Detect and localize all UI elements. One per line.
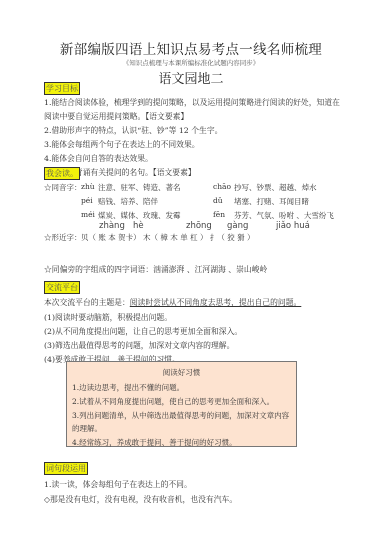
similar-pinyin: jiǎo huá	[276, 221, 310, 231]
goal-line: 阅读中要自觉运用提问策略。【语文要素】	[44, 111, 188, 122]
pinyin: dǔ	[213, 196, 223, 205]
four-char-words: ☆同偏旁的字组成的四字词语：汹涌澎湃 、江河湖海 、崇山峻岭	[44, 264, 267, 275]
habit-line: 的理解。	[72, 423, 102, 434]
pinyin: chāo	[213, 182, 231, 191]
pinyin: péi	[81, 196, 93, 205]
habit-line: 2.试着从不同角度提出问题，使自己的思考更加全面和深入。	[72, 396, 274, 407]
goal-line: 2.借助形声字的特点，认识“驻、钞”等 12 个生字。	[44, 125, 222, 136]
i-can-read-tag: 我会读。	[44, 167, 80, 180]
goal-line: 1.能结合阅读体验，梳理学到的提问策略，以及运用提问策略进行阅读的好处，知道在	[44, 97, 340, 108]
homophone-words: 芬芳、气氛、吩咐 、大雪纷飞	[234, 210, 334, 221]
usage-item: 1.读一读，体会每组句子在表达上的不同。	[44, 479, 192, 490]
homophone-label: ☆同音字：	[44, 182, 82, 193]
habit-line: 3.列出问题清单，从中筛选出最值得思考的问题，加深对文章内容	[72, 410, 289, 421]
exchange-item: (2)从不同角度提出问题，让自己的思考更加全面和深入。	[44, 326, 242, 337]
learning-goals-tag: 学习目标	[44, 82, 80, 95]
homophone-words: 堵塞、打赌、耳闻目睹	[234, 196, 309, 207]
exchange-item: (3)筛选出最值得思考的问题，加深对文章内容的理解。	[44, 340, 234, 351]
usage-item: ◇那是没有电灯，没有电视，没有收音机，也没有汽车。	[44, 494, 237, 505]
homophone-words: 注意、驻军、铸造、著名	[98, 182, 181, 193]
habit-line: 4.经常练习，养成敢于提问、善于提问的好习惯。	[72, 437, 237, 448]
similar-pinyin: hè	[133, 221, 144, 231]
similar-chars-line: 贝（ 账 本 贺卡） 木（ 樟 木 单 杠 ） 扌（ 狡 猾 ）	[81, 232, 255, 243]
reading-habits-box: 阅读好习惯 1.边读边思考，提出不懂的问题。 2.试着从不同角度提出问题，使自己…	[66, 361, 297, 447]
similar-label: ☆形近字：	[44, 232, 82, 243]
document-page: 新部编版四语上知识点易考点一线名师梳理 《知识点梳理与本课所编标准化试题内容同步…	[0, 0, 382, 540]
exchange-tag: 交流平台	[44, 281, 80, 294]
similar-pinyin: zhōng	[186, 221, 212, 231]
pinyin: zhù	[81, 182, 95, 191]
exchange-intro-label: 本次交流平台的主题是：	[44, 298, 130, 307]
similar-pinyin: zhàng	[99, 221, 125, 231]
reading-habits-title: 阅读好习惯	[67, 367, 296, 378]
goal-line: 4.能体会自问自答的表达效果。	[44, 153, 153, 164]
similar-pinyin: gàng	[227, 221, 248, 231]
exchange-topic: 阅读时尝试从不同角度去思考，提出自己的问题。	[130, 298, 302, 307]
exchange-intro: 本次交流平台的主题是：阅读时尝试从不同角度去思考，提出自己的问题。	[44, 297, 301, 308]
habit-line: 1.边读边思考，提出不懂的问题。	[72, 382, 184, 393]
exchange-item: (1)阅读时要动脑筋，积极提出问题。	[44, 312, 172, 323]
usage-tag: 词句段运用	[44, 462, 88, 475]
goal-line: 3.能体会每组两个句子在表达上的不同效果。	[44, 139, 200, 150]
doc-subtitle: 《知识点梳理与本课所编标准化试题内容同步》	[0, 58, 382, 67]
doc-title: 新部编版四语上知识点易考点一线名师梳理	[0, 38, 382, 58]
homophone-words: 煤炭、媒体、玫瑰、发霉	[98, 210, 181, 221]
pinyin: fēn	[213, 210, 225, 219]
homophone-words: 抄写、钞票、超越、焯水	[234, 182, 317, 193]
pinyin: méi	[81, 210, 95, 219]
homophone-words: 赔钱、培养、陪伴	[98, 196, 158, 207]
